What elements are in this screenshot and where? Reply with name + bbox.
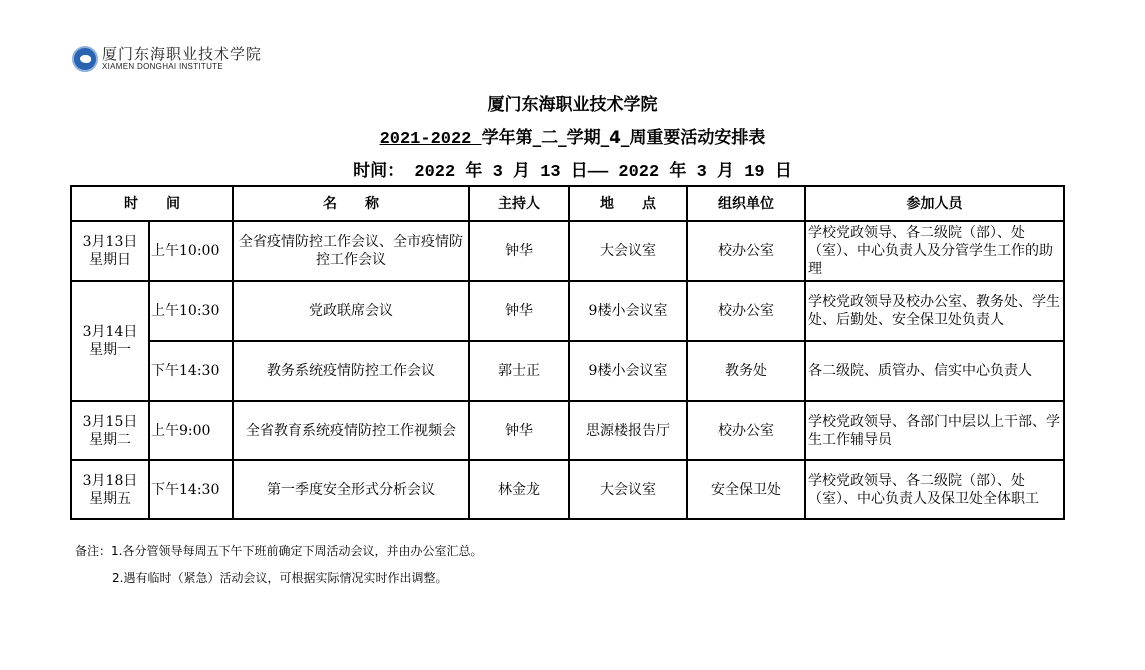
attendees-cell: 学校党政领导、各部门中层以上干部、学生工作辅导员	[805, 401, 1064, 460]
date-cell: 3月14日星期一	[71, 281, 149, 401]
time-cell: 下午14:30	[149, 460, 233, 519]
host-cell: 郭士正	[469, 341, 569, 401]
school-logo: 厦门东海职业技术学院 XIAMEN DONGHAI INSTITUTE	[72, 46, 262, 72]
week: _4_	[601, 128, 630, 148]
event-name-cell: 全省疫情防控工作会议、全市疫情防控工作会议	[233, 221, 469, 281]
place-cell: 9楼小会议室	[569, 341, 687, 401]
header-name: 名 称	[233, 186, 469, 221]
school-emblem-icon	[72, 46, 98, 72]
host-cell: 钟华	[469, 281, 569, 341]
table-header-row: 时 间 名 称 主持人 地 点 组织单位 参加人员	[71, 186, 1064, 221]
place-cell: 9楼小会议室	[569, 281, 687, 341]
date-cell: 3月13日星期日	[71, 221, 149, 281]
event-name-cell: 教务系统疫情防控工作会议	[233, 341, 469, 401]
table-row: 3月13日星期日 上午10:00 全省疫情防控工作会议、全市疫情防控工作会议 钟…	[71, 221, 1064, 281]
notes: 备注：1.各分管领导每周五下午下班前确定下周活动会议，并由办公室汇总。 2.遇有…	[75, 538, 482, 592]
time-cell: 下午14:30	[149, 341, 233, 401]
time-cell: 上午10:00	[149, 221, 233, 281]
event-name-cell: 党政联席会议	[233, 281, 469, 341]
org-cell: 校办公室	[687, 221, 805, 281]
schedule-title: 2021-2022 学年第_二_学期_4_周重要活动安排表	[0, 123, 1145, 149]
org-cell: 校办公室	[687, 281, 805, 341]
date-cell: 3月18日星期五	[71, 460, 149, 519]
logo-chinese-name: 厦门东海职业技术学院	[102, 47, 262, 62]
host-cell: 钟华	[469, 221, 569, 281]
school-title: 厦门东海职业技术学院	[0, 90, 1145, 115]
logo-english-name: XIAMEN DONGHAI INSTITUTE	[102, 63, 262, 71]
header-time: 时 间	[71, 186, 233, 221]
attendees-cell: 各二级院、质管办、信实中心负责人	[805, 341, 1064, 401]
org-cell: 校办公室	[687, 401, 805, 460]
attendees-cell: 学校党政领导、各二级院（部）、处（室）、中心负责人及分管学生工作的助理	[805, 221, 1064, 281]
header-host: 主持人	[469, 186, 569, 221]
event-name-cell: 全省教育系统疫情防控工作视频会	[233, 401, 469, 460]
date-range: 时间： 2022 年 3 月 13 日—— 2022 年 3 月 19 日	[0, 156, 1145, 182]
year-range: 2021-2022	[380, 130, 482, 149]
org-cell: 安全保卫处	[687, 460, 805, 519]
host-cell: 钟华	[469, 401, 569, 460]
host-cell: 林金龙	[469, 460, 569, 519]
header-attendees: 参加人员	[805, 186, 1064, 221]
attendees-cell: 学校党政领导、各二级院（部）、处（室）、中心负责人及保卫处全体职工	[805, 460, 1064, 519]
place-cell: 大会议室	[569, 460, 687, 519]
header-place: 地 点	[569, 186, 687, 221]
table-row: 3月14日星期一 上午10:30 党政联席会议 钟华 9楼小会议室 校办公室 学…	[71, 281, 1064, 341]
attendees-cell: 学校党政领导及校办公室、教务处、学生处、后勤处、安全保卫处负责人	[805, 281, 1064, 341]
table-row: 下午14:30 教务系统疫情防控工作会议 郭士正 9楼小会议室 教务处 各二级院…	[71, 341, 1064, 401]
schedule-table: 时 间 名 称 主持人 地 点 组织单位 参加人员 3月13日星期日 上午10:…	[70, 185, 1065, 520]
time-cell: 上午10:30	[149, 281, 233, 341]
header-org: 组织单位	[687, 186, 805, 221]
term: _二_	[533, 128, 567, 148]
org-cell: 教务处	[687, 341, 805, 401]
event-name-cell: 第一季度安全形式分析会议	[233, 460, 469, 519]
place-cell: 大会议室	[569, 221, 687, 281]
place-cell: 思源楼报告厅	[569, 401, 687, 460]
time-cell: 上午9:00	[149, 401, 233, 460]
date-cell: 3月15日星期二	[71, 401, 149, 460]
note-line-1: 备注：1.各分管领导每周五下午下班前确定下周活动会议，并由办公室汇总。	[75, 538, 482, 565]
table-row: 3月18日星期五 下午14:30 第一季度安全形式分析会议 林金龙 大会议室 安…	[71, 460, 1064, 519]
table-row: 3月15日星期二 上午9:00 全省教育系统疫情防控工作视频会 钟华 思源楼报告…	[71, 401, 1064, 460]
note-line-2: 2.遇有临时（紧急）活动会议，可根据实际情况实时作出调整。	[75, 565, 482, 592]
